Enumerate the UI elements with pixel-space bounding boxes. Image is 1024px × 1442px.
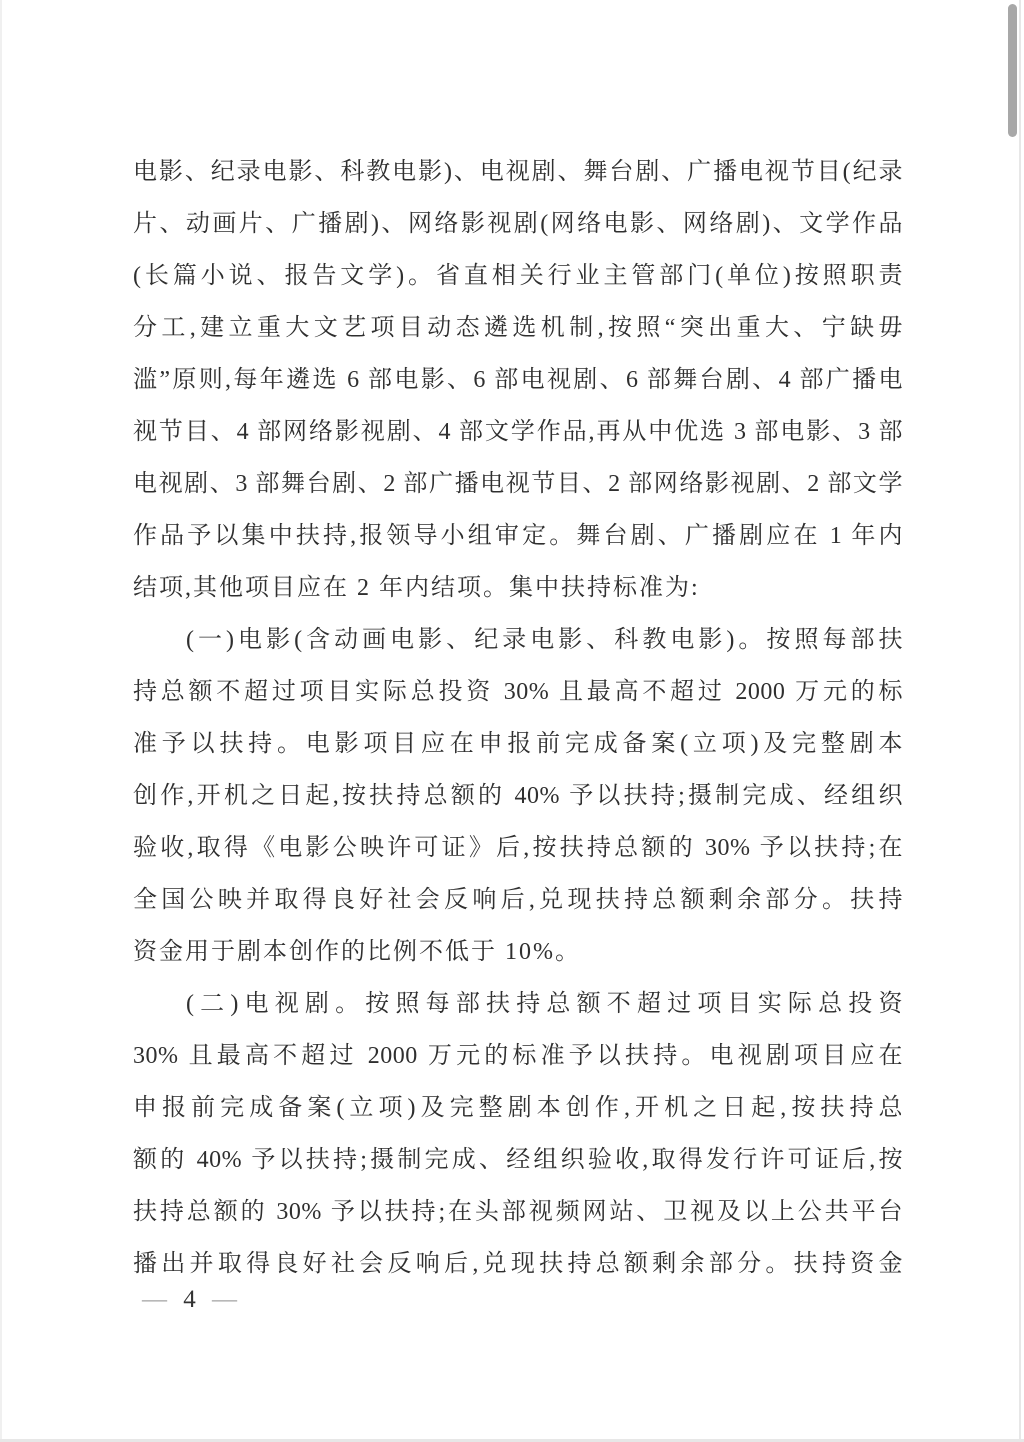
text-line: 持总额不超过项目实际总投资 30% 且最高不超过 2000 万元的标 [133, 666, 903, 718]
text-line: 视节目、4 部网络影视剧、4 部文学作品,再从中优选 3 部电影、3 部 [133, 406, 903, 458]
scrollbar-track[interactable] [1019, 0, 1021, 1442]
text-line: 片、动画片、广播剧)、网络影视剧(网络电影、网络剧)、文学作品 [133, 198, 903, 250]
text-line: 电影、纪录电影、科教电影)、电视剧、舞台剧、广播电视节目(纪录 [133, 146, 903, 198]
text-line: 30% 且最高不超过 2000 万元的标准予以扶持。电视剧项目应在 [133, 1030, 903, 1082]
text-line: 滥”原则,每年遴选 6 部电影、6 部电视剧、6 部舞台剧、4 部广播电 [133, 354, 903, 406]
document-page: 电影、纪录电影、科教电影)、电视剧、舞台剧、广播电视节目(纪录 片、动画片、广播… [0, 0, 1024, 1442]
text-line: 作品予以集中扶持,报领导小组审定。舞台剧、广播剧应在 1 年内 [133, 510, 903, 562]
scrollbar-thumb[interactable] [1008, 4, 1017, 137]
page-number-value: 4 [183, 1286, 196, 1313]
text-line: 电视剧、3 部舞台剧、2 部广播电视节目、2 部网络影视剧、2 部文学 [133, 458, 903, 510]
page-left-edge [0, 0, 2, 1442]
page-number-dash-left: — [142, 1286, 167, 1313]
document-body: 电影、纪录电影、科教电影)、电视剧、舞台剧、广播电视节目(纪录 片、动画片、广播… [133, 146, 903, 1290]
text-line: 准予以扶持。电影项目应在申报前完成备案(立项)及完整剧本 [133, 718, 903, 770]
text-line: 资金用于剧本创作的比例不低于 10%。 [133, 926, 903, 978]
text-line: 扶持总额的 30% 予以扶持;在头部视频网站、卫视及以上公共平台 [133, 1186, 903, 1238]
text-line: 结项,其他项目应在 2 年内结项。集中扶持标准为: [133, 562, 903, 614]
text-line: 创作,开机之日起,按扶持总额的 40% 予以扶持;摄制完成、经组织 [133, 770, 903, 822]
text-line: 全国公映并取得良好社会反响后,兑现扶持总额剩余部分。扶持 [133, 874, 903, 926]
page-number: — 4 — [142, 1282, 237, 1318]
text-line: 申报前完成备案(立项)及完整剧本创作,开机之日起,按扶持总 [133, 1082, 903, 1134]
text-line-section-2: (二)电视剧。按照每部扶持总额不超过项目实际总投资 [133, 978, 903, 1030]
text-line: (长篇小说、报告文学)。省直相关行业主管部门(单位)按照职责 [133, 250, 903, 302]
text-line: 验收,取得《电影公映许可证》后,按扶持总额的 30% 予以扶持;在 [133, 822, 903, 874]
page-number-dash-right: — [212, 1286, 237, 1313]
text-line: 播出并取得良好社会反响后,兑现扶持总额剩余部分。扶持资金 [133, 1238, 903, 1290]
text-line-section-1: (一)电影(含动画电影、纪录电影、科教电影)。按照每部扶 [133, 614, 903, 666]
text-line: 分工,建立重大文艺项目动态遴选机制,按照“突出重大、宁缺毋 [133, 302, 903, 354]
text-line: 额的 40% 予以扶持;摄制完成、经组织验收,取得发行许可证后,按 [133, 1134, 903, 1186]
